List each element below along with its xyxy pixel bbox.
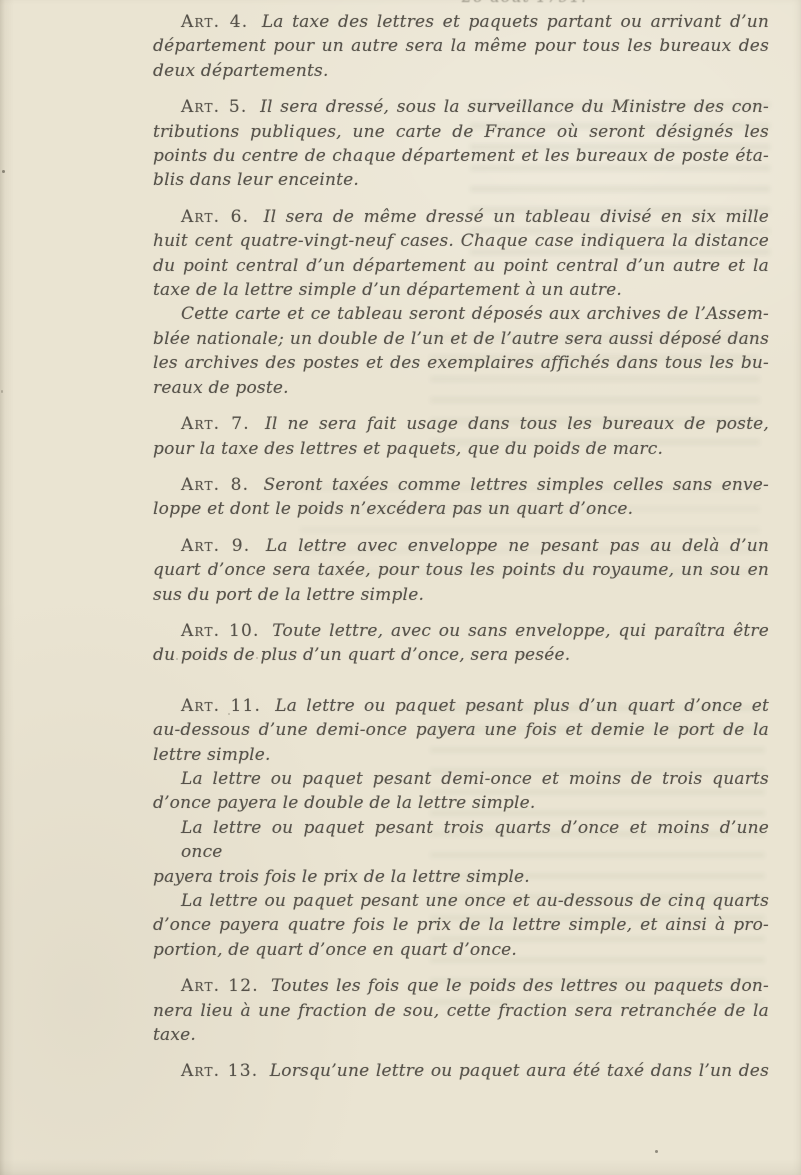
text-line: du poids de plus d’un quart d’once, sera…: [153, 643, 769, 667]
article-label: Art. 9.: [181, 536, 255, 556]
article-paragraph: Art. 13. Lorsqu’une lettre ou paquet aur…: [153, 1059, 769, 1083]
article-paragraph: Art. 4. La taxe des lettres et paquets p…: [153, 10, 769, 83]
article-label: Art. 12.: [181, 976, 264, 996]
article-paragraph: Art. 11. La lettre ou paquet pesant plus…: [153, 694, 769, 767]
text-line: La lettre ou paquet pesant une once et a…: [153, 889, 769, 913]
text-line: quart d’once sera taxée, pour tous les p…: [153, 558, 769, 582]
text-line: deux départements.: [153, 59, 769, 83]
text-line: les archives des postes et des exemplair…: [153, 351, 769, 375]
text-line: au-dessous d’une demi-once payera une fo…: [153, 718, 769, 742]
text-line: Art. 13. Lorsqu’une lettre ou paquet aur…: [153, 1059, 769, 1083]
article-label: Art. 5.: [181, 97, 252, 117]
text-line: Art. 10. Toute lettre, avec ou sans enve…: [153, 619, 769, 643]
text-line: tributions publiques, une carte de Franc…: [153, 120, 769, 144]
text-line: du point central d’un département au poi…: [153, 254, 769, 278]
text-line: points du centre de chaque département e…: [153, 144, 769, 168]
text-line: Art. 9. La lettre avec enveloppe ne pesa…: [153, 534, 769, 558]
continuation-paragraph: La lettre ou paquet pesant trois quarts …: [153, 816, 769, 889]
text-line: lettre simple.: [153, 743, 769, 767]
text-line: Art. 6. Il sera de même dressé un tablea…: [153, 205, 769, 229]
text-block: Art. 4. La taxe des lettres et paquets p…: [153, 10, 769, 1084]
text-line: Art. 11. La lettre ou paquet pesant plus…: [153, 694, 769, 718]
text-line: Art. 8. Seront taxées comme lettres simp…: [153, 473, 769, 497]
text-line: Art. 12. Toutes les fois que le poids de…: [153, 974, 769, 998]
article-paragraph: Art. 6. Il sera de même dressé un tablea…: [153, 205, 769, 303]
text-line: payera trois fois le prix de la lettre s…: [153, 865, 769, 889]
text-line: taxe.: [153, 1023, 769, 1047]
scanned-page: ⁄ 26 août 1791. Art. 4. La taxe des lett…: [0, 0, 801, 1175]
article-paragraph: Art. 12. Toutes les fois que le poids de…: [153, 974, 769, 1047]
text-line: blée nationale; un double de l’un et de …: [153, 327, 769, 351]
article-label: Art. 4.: [181, 12, 253, 32]
ink-speck: [655, 1150, 658, 1153]
text-line: pour la taxe des lettres et paquets, que…: [153, 437, 769, 461]
text-line: Art. 4. La taxe des lettres et paquets p…: [153, 10, 769, 34]
running-head-fragment: ⁄ 26 août 1791.: [452, 0, 652, 7]
text-line: reaux de poste.: [153, 376, 769, 400]
article-paragraph: Art. 5. Il sera dressé, sous la surveill…: [153, 95, 769, 193]
text-line: Art. 5. Il sera dressé, sous la surveill…: [153, 95, 769, 119]
text-line: loppe et dont le poids n’excédera pas un…: [153, 497, 769, 521]
continuation-paragraph: Cette carte et ce tableau seront déposés…: [153, 302, 769, 400]
article-label: Art. 8.: [181, 475, 254, 495]
text-line: d’once payera le double de la lettre sim…: [153, 791, 769, 815]
text-line: portion, de quart d’once en quart d’once…: [153, 938, 769, 962]
running-head-text: ⁄ 26 août 1791.: [452, 0, 652, 6]
article-paragraph: Art. 7. Il ne sera fait usage dans tous …: [153, 412, 769, 461]
ink-speck: [1, 390, 3, 393]
text-line: Art. 7. Il ne sera fait usage dans tous …: [153, 412, 769, 436]
article-paragraph: Art. 9. La lettre avec enveloppe ne pesa…: [153, 534, 769, 607]
text-line: nera lieu à une fraction de sou, cette f…: [153, 999, 769, 1023]
text-line: La lettre ou paquet pesant trois quarts …: [153, 816, 769, 865]
article-label: Art. 10.: [181, 621, 265, 641]
text-line: La lettre ou paquet pesant demi-once et …: [153, 767, 769, 791]
continuation-paragraph: La lettre ou paquet pesant demi-once et …: [153, 767, 769, 816]
continuation-paragraph: La lettre ou paquet pesant une once et a…: [153, 889, 769, 962]
article-label: Art. 6.: [181, 207, 254, 227]
text-line: blis dans leur enceinte.: [153, 168, 769, 192]
text-line: département pour un autre sera la même p…: [153, 34, 769, 58]
text-line: huit cent quatre-vingt-neuf cases. Chaqu…: [153, 229, 769, 253]
article-paragraph: Art. 10. Toute lettre, avec ou sans enve…: [153, 619, 769, 668]
text-line: taxe de la lettre simple d’un départemen…: [153, 278, 769, 302]
article-label: Art. 11.: [181, 696, 266, 716]
article-label: Art. 13.: [181, 1061, 263, 1081]
text-line: sus du port de la lettre simple.: [153, 583, 769, 607]
article-label: Art. 7.: [181, 414, 255, 434]
text-line: d’once payera quatre fois le prix de la …: [153, 913, 769, 937]
text-line: Cette carte et ce tableau seront déposés…: [153, 302, 769, 326]
ink-speck: [2, 170, 5, 173]
article-paragraph: Art. 8. Seront taxées comme lettres simp…: [153, 473, 769, 522]
